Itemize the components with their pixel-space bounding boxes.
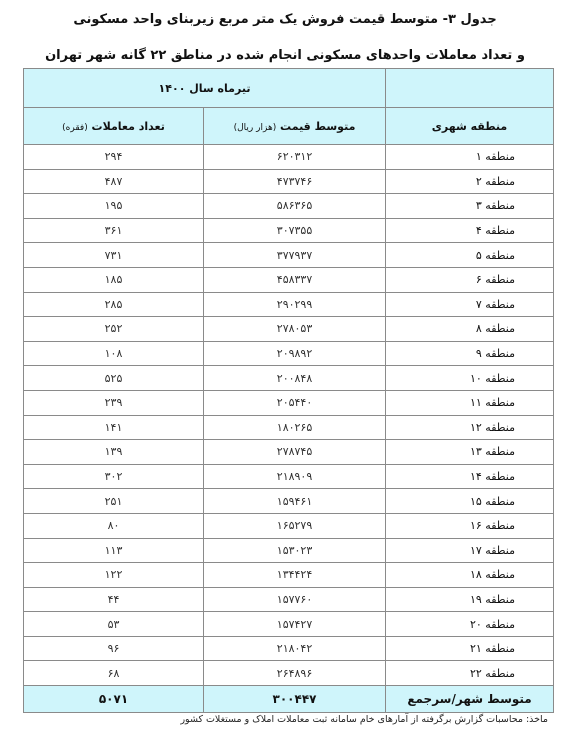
price-cell: ۱۵۳۰۲۳ [204, 538, 386, 563]
region-cell: منطقه ۱۴ [386, 464, 554, 489]
source-note: ماخذ: محاسبات گزارش برگرفته از آمارهای خ… [0, 714, 548, 725]
table-row: منطقه ۱۵۱۵۹۴۶۱۲۵۱ [24, 489, 554, 514]
table-row: منطقه ۱۴۲۱۸۹۰۹۳۰۲ [24, 464, 554, 489]
price-cell: ۲۰۹۸۹۲ [204, 341, 386, 366]
price-cell: ۲۱۸۹۰۹ [204, 464, 386, 489]
count-cell: ۲۳۹ [24, 390, 204, 415]
table-row: منطقه ۱۶۲۰۳۱۲۲۹۴ [24, 145, 554, 170]
table-row: منطقه ۱۱۲۰۵۴۴۰۲۳۹ [24, 390, 554, 415]
count-cell: ۲۵۱ [24, 489, 204, 514]
count-cell: ۸۰ [24, 513, 204, 538]
region-cell: منطقه ۱۹ [386, 587, 554, 612]
region-cell: منطقه ۱ [386, 145, 554, 170]
table-row: منطقه ۱۷۱۵۳۰۲۳۱۱۳ [24, 538, 554, 563]
table-row: منطقه ۳۵۸۶۳۶۵۱۹۵ [24, 194, 554, 219]
count-cell: ۱۲۲ [24, 563, 204, 588]
price-cell: ۳۷۷۹۳۷ [204, 243, 386, 268]
region-cell: منطقه ۱۶ [386, 513, 554, 538]
price-cell: ۱۵۷۷۶۰ [204, 587, 386, 612]
region-cell: منطقه ۲۰ [386, 612, 554, 637]
count-cell: ۲۸۵ [24, 292, 204, 317]
count-cell: ۱۴۱ [24, 415, 204, 440]
table-row: منطقه ۲۰۱۵۷۴۲۷۵۳ [24, 612, 554, 637]
region-cell: منطقه ۱۸ [386, 563, 554, 588]
region-cell: منطقه ۲ [386, 169, 554, 194]
price-cell: ۱۶۵۲۷۹ [204, 513, 386, 538]
count-cell: ۱۳۹ [24, 440, 204, 465]
price-unit: (هزار ریال) [234, 123, 277, 133]
count-cell: ۶۸ [24, 661, 204, 686]
price-cell: ۲۰۰۸۴۸ [204, 366, 386, 391]
table-row: منطقه ۶۴۵۸۳۳۷۱۸۵ [24, 267, 554, 292]
price-cell: ۱۵۹۴۶۱ [204, 489, 386, 514]
region-cell: منطقه ۱۲ [386, 415, 554, 440]
count-cell: ۱۹۵ [24, 194, 204, 219]
region-cell: منطقه ۴ [386, 218, 554, 243]
price-cell: ۴۵۸۳۳۷ [204, 267, 386, 292]
region-cell: منطقه ۸ [386, 317, 554, 342]
table-row: منطقه ۱۶۱۶۵۲۷۹۸۰ [24, 513, 554, 538]
table-title-line1: جدول ۳- متوسط قیمت فروش یک متر مربع زیرب… [0, 12, 570, 27]
region-cell: منطقه ۱۷ [386, 538, 554, 563]
housing-price-table: تیرماه سال ۱۴۰۰ منطقه شهری متوسط قیمت (ه… [23, 68, 554, 713]
count-cell: ۴۴ [24, 587, 204, 612]
price-cell: ۱۸۰۲۶۵ [204, 415, 386, 440]
count-cell: ۲۹۴ [24, 145, 204, 170]
price-cell: ۲۹۰۲۹۹ [204, 292, 386, 317]
region-cell: منطقه ۵ [386, 243, 554, 268]
total-label-cell: متوسط شهر/سرجمع [386, 686, 554, 713]
count-cell: ۵۳ [24, 612, 204, 637]
count-cell: ۱۸۵ [24, 267, 204, 292]
count-cell: ۵۲۵ [24, 366, 204, 391]
count-cell: ۴۸۷ [24, 169, 204, 194]
column-header-region: منطقه شهری [386, 108, 554, 145]
column-header-price: متوسط قیمت (هزار ریال) [204, 108, 386, 145]
count-label: تعداد معاملات [92, 120, 165, 133]
price-cell: ۲۶۴۸۹۶ [204, 661, 386, 686]
region-cell: منطقه ۱۱ [386, 390, 554, 415]
count-unit: (فقره) [62, 123, 88, 133]
price-label: متوسط قیمت [280, 120, 355, 133]
table-row: منطقه ۲۴۷۳۷۴۶۴۸۷ [24, 169, 554, 194]
table-row: منطقه ۹۲۰۹۸۹۲۱۰۸ [24, 341, 554, 366]
price-cell: ۱۳۴۴۲۴ [204, 563, 386, 588]
table-row: منطقه ۸۲۷۸۰۵۳۲۵۲ [24, 317, 554, 342]
price-cell: ۲۷۸۷۴۵ [204, 440, 386, 465]
region-cell: منطقه ۲۱ [386, 636, 554, 661]
count-cell: ۳۰۲ [24, 464, 204, 489]
table-row: منطقه ۵۳۷۷۹۳۷۷۳۱ [24, 243, 554, 268]
period-header: تیرماه سال ۱۴۰۰ [24, 69, 386, 108]
table-row: منطقه ۱۳۲۷۸۷۴۵۱۳۹ [24, 440, 554, 465]
total-count-cell: ۵۰۷۱ [24, 686, 204, 713]
count-cell: ۱۱۳ [24, 538, 204, 563]
price-cell: ۲۰۵۴۴۰ [204, 390, 386, 415]
region-cell: منطقه ۱۳ [386, 440, 554, 465]
region-cell: منطقه ۱۵ [386, 489, 554, 514]
table-row: منطقه ۱۰۲۰۰۸۴۸۵۲۵ [24, 366, 554, 391]
region-cell: منطقه ۱۰ [386, 366, 554, 391]
table-row: منطقه ۱۸۱۳۴۴۲۴۱۲۲ [24, 563, 554, 588]
table-title-line2: و تعداد معاملات واحدهای مسکونی انجام شده… [0, 48, 570, 63]
table-row: منطقه ۷۲۹۰۲۹۹۲۸۵ [24, 292, 554, 317]
table-row: منطقه ۲۲۲۶۴۸۹۶۶۸ [24, 661, 554, 686]
count-cell: ۹۶ [24, 636, 204, 661]
total-row: متوسط شهر/سرجمع۳۰۰۴۴۷۵۰۷۱ [24, 686, 554, 713]
count-cell: ۷۳۱ [24, 243, 204, 268]
price-cell: ۲۱۸۰۴۲ [204, 636, 386, 661]
table-row: منطقه ۲۱۲۱۸۰۴۲۹۶ [24, 636, 554, 661]
count-cell: ۲۵۲ [24, 317, 204, 342]
count-cell: ۳۶۱ [24, 218, 204, 243]
region-cell: منطقه ۲۲ [386, 661, 554, 686]
region-cell: منطقه ۶ [386, 267, 554, 292]
table-row: منطقه ۱۹۱۵۷۷۶۰۴۴ [24, 587, 554, 612]
count-cell: ۱۰۸ [24, 341, 204, 366]
total-price-cell: ۳۰۰۴۴۷ [204, 686, 386, 713]
region-cell: منطقه ۳ [386, 194, 554, 219]
table-row: منطقه ۴۳۰۷۳۵۵۳۶۱ [24, 218, 554, 243]
price-cell: ۶۲۰۳۱۲ [204, 145, 386, 170]
price-cell: ۱۵۷۴۲۷ [204, 612, 386, 637]
price-cell: ۳۰۷۳۵۵ [204, 218, 386, 243]
region-cell: منطقه ۹ [386, 341, 554, 366]
table-row: منطقه ۱۲۱۸۰۲۶۵۱۴۱ [24, 415, 554, 440]
column-header-count: تعداد معاملات (فقره) [24, 108, 204, 145]
price-cell: ۴۷۳۷۴۶ [204, 169, 386, 194]
region-cell: منطقه ۷ [386, 292, 554, 317]
price-cell: ۵۸۶۳۶۵ [204, 194, 386, 219]
header-empty-cell [386, 69, 554, 108]
price-cell: ۲۷۸۰۵۳ [204, 317, 386, 342]
